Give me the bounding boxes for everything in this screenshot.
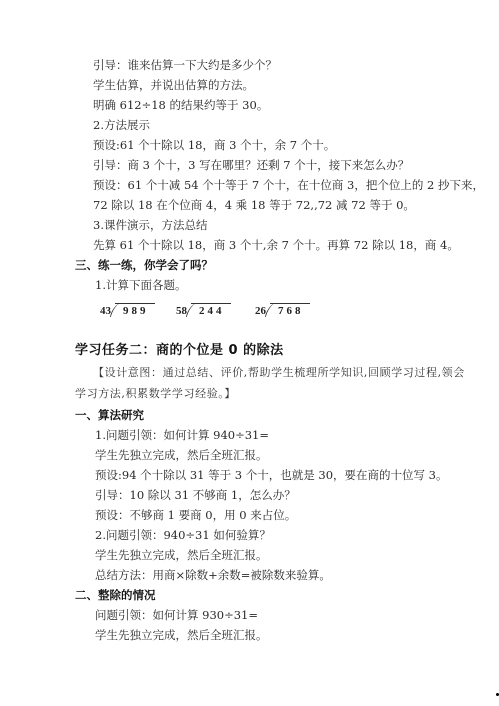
division-problem: 58 244 [176, 303, 231, 317]
part2-heading: 二、整除的情况 [75, 588, 156, 602]
text-line: 预设:94 个十除以 31 等于 3 个十，也就是 30，要在商的十位写 3。 [95, 468, 448, 482]
text-line: 明确 612÷18 的结果约等于 30。 [93, 98, 268, 112]
text-line: 1.问题引领：如何计算 940÷31= [95, 428, 269, 442]
text-line: 72 除以 18 在个位商 4，4 乘 18 等于 72,,72 减 72 等于… [93, 198, 415, 212]
text-line: 学生先独立完成，然后全班汇报。 [95, 448, 268, 462]
practice-heading: 三、练一练，你学会了吗？ [75, 258, 213, 272]
division-problem: 43 989 [100, 303, 155, 317]
part1-heading: 一、算法研究 [75, 408, 144, 422]
text-line: 引导：10 除以 31 不够商 1，怎么办？ [95, 488, 296, 502]
dividend: 989 [115, 303, 155, 317]
dividend: 768 [270, 303, 310, 317]
document-page: 引导：谁来估算一下大约是多少个？ 学生估算，并说出估算的方法。 明确 612÷1… [0, 0, 499, 706]
text-line: 预设：不够商 1 要商 0，用 0 来占位。 [95, 508, 296, 522]
text-line: 学生先独立完成，然后全班汇报。 [95, 548, 268, 562]
text-line: 总结方法：用商×除数+余数=被除数来验算。 [95, 568, 331, 582]
division-problems: 43 989 58 244 26 768 [0, 303, 499, 323]
design-note: 学习方法,积累数学学习经验。】 [75, 387, 236, 401]
text-line: 学生先独立完成，然后全班汇报。 [95, 628, 268, 642]
subsection-label: 3.课件演示，方法总结 [93, 218, 207, 232]
text-line: 2.问题引领：940÷31 如何验算？ [95, 528, 271, 542]
division-problem: 26 768 [255, 303, 310, 317]
text-line: 引导：商 3 个十，3 写在哪里？还剩 7 个十，接下来怎么办？ [93, 158, 409, 172]
text-line: 预设：61 个十减 54 个十等于 7 个十，在十位商 3，把个位上的 2 抄下… [93, 178, 484, 192]
dividend: 244 [191, 303, 231, 317]
task-title: 学习任务二：商的个位是 0 的除法 [75, 344, 284, 358]
subsection-label: 2.方法展示 [93, 118, 150, 132]
design-note: 【设计意图：通过总结、评价,帮助学生梳理所学知识,回顾学习过程,领会 [93, 366, 465, 380]
text-line: 引导：谁来估算一下大约是多少个？ [93, 58, 277, 72]
text-line: 学生估算，并说出估算的方法。 [93, 78, 254, 92]
text-line: 问题引领：如何计算 930÷31= [95, 608, 258, 622]
text-line: 先算 61 个十除以 18，商 3 个十,余 7 个十。再算 72 除以 18，… [93, 238, 459, 252]
practice-instruction: 1.计算下面各题。 [95, 278, 186, 292]
text-line: 预设:61 个十除以 18，商 3 个十，余 7 个十。 [93, 138, 335, 152]
